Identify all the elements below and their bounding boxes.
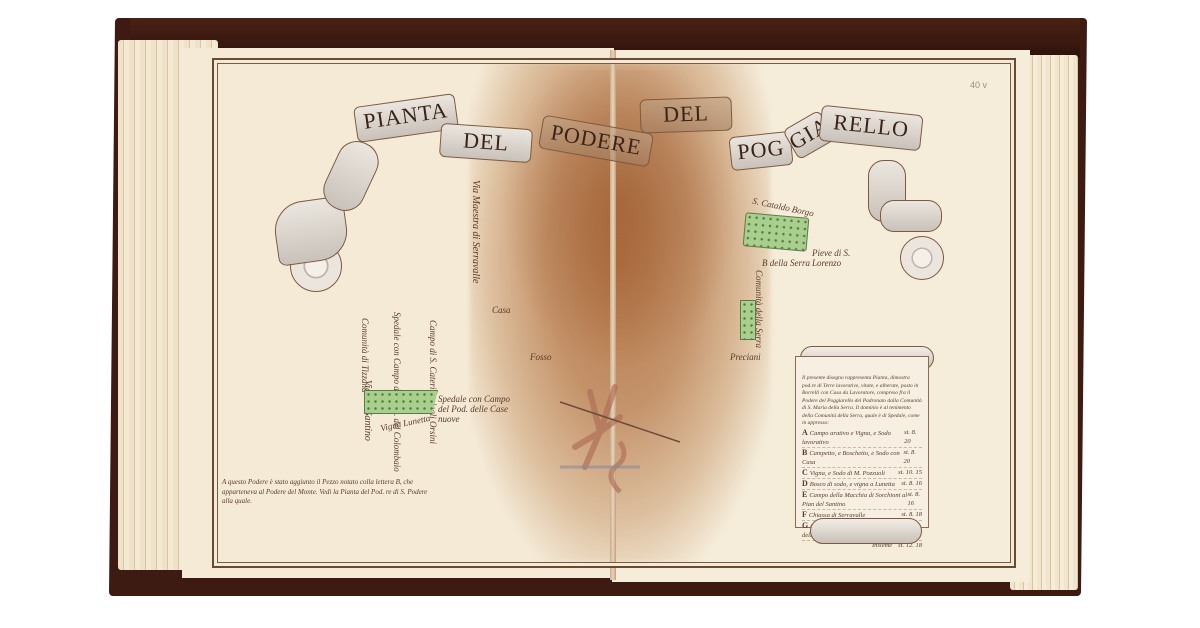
folio-number: 40 v — [970, 80, 987, 90]
field-label-left-3: Comunità di Tizzana — [360, 318, 370, 393]
compass-rose-icon — [560, 372, 680, 502]
ribbon-tail-right — [880, 200, 942, 232]
road-label-right: Comunità della Serra — [754, 270, 764, 348]
footnote: A questo Podere è stato aggiunto il Pezz… — [222, 478, 432, 507]
field-label-left-1: Campo di S. Caterina degli Orsini — [428, 320, 438, 444]
neighbor-label-bottom: Spedale con Campo del Pod. delle Case nu… — [438, 394, 518, 424]
legend-row: ECampo della Macchia di Sorchioni al Pia… — [802, 490, 922, 510]
legend-row: ACampo arativo e Vigna, e Sodo lavorativ… — [802, 428, 922, 448]
legend-row: BCampetto, e Boschetto, e Sodo con Casas… — [802, 448, 922, 468]
road-label-left: Via Maestra di Serravalle — [470, 180, 481, 283]
ribbon-curl-right-icon — [900, 236, 944, 280]
vineyard-parcel — [364, 390, 438, 414]
legend-intro: Il presente disegno rappresenta Pianta, … — [802, 375, 922, 428]
ribbon-segment-2: DEL — [439, 123, 533, 163]
ribbon-segment-4: DEL — [639, 96, 732, 133]
parcel-label-right-2: B della Serra — [762, 258, 810, 268]
ribbon-segment-5: POG — [728, 131, 793, 171]
bottom-right-label: Preciani — [730, 352, 761, 362]
parcel-label-right-1: Pieve di S. Lorenzo — [812, 248, 852, 268]
green-parcel-top-right — [743, 212, 810, 251]
corner-label: Casa — [492, 305, 511, 315]
legend-row: CVigna, e Sodo di M. Pozzuolist. 10. 15 — [802, 468, 922, 479]
cartouche-bottom-roll — [810, 518, 922, 544]
legend-cartouche: Il presente disegno rappresenta Pianta, … — [795, 356, 929, 528]
center-label: Fosso — [530, 352, 552, 362]
legend-row: DBosco di sodo, e vigna a Lunettast. 8. … — [802, 479, 922, 490]
